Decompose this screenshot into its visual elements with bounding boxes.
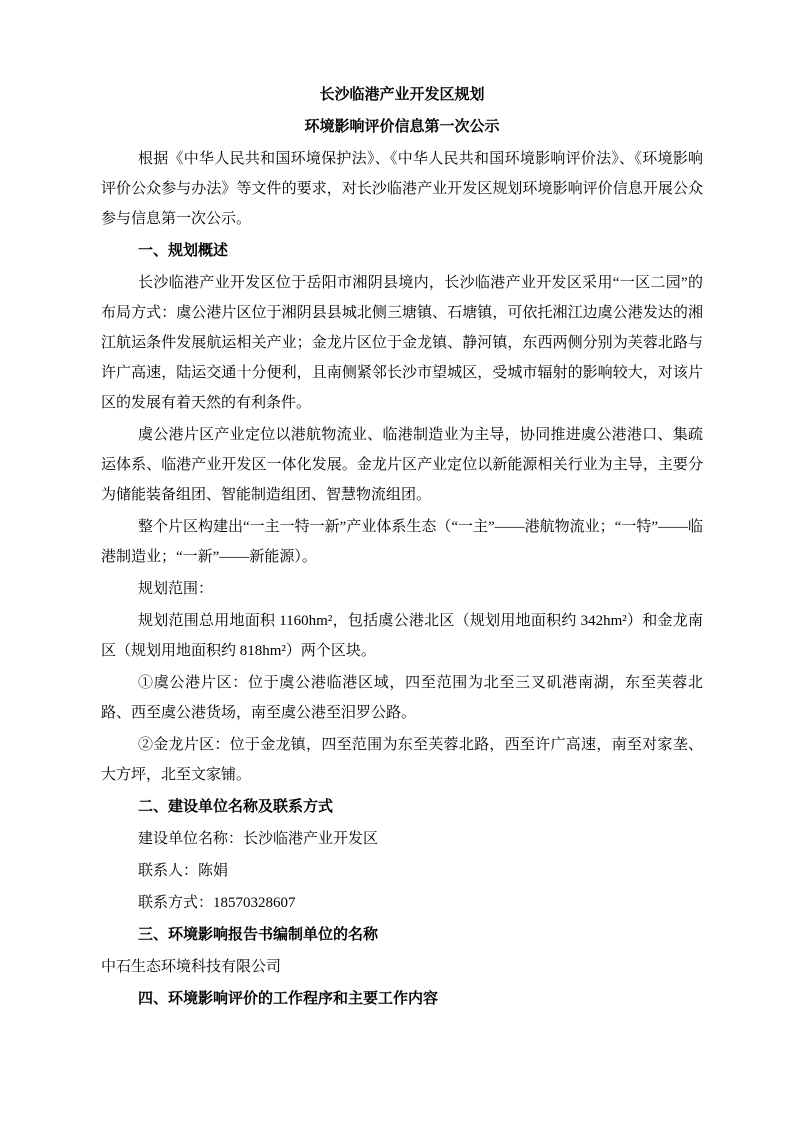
para-contact-person: 联系人：陈娟 bbox=[101, 856, 703, 886]
section4-heading: 四、环境影响评价的工作程序和主要工作内容 bbox=[101, 984, 703, 1014]
para-scope-area: 规划范围总用地面积 1160hm²，包括虞公港北区（规划用地面积约 342hm²… bbox=[101, 606, 703, 666]
intro-paragraph: 根据《中华人民共和国环境保护法》、《中华人民共和国环境影响评价法》、《环境影响评… bbox=[101, 144, 703, 234]
para-industry-system: 整个片区构建出“一主一特一新”产业体系生态（“一主”——港航物流业；“一特”——… bbox=[101, 512, 703, 572]
para-location-layout: 长沙临港产业开发区位于岳阳市湘阴县境内，长沙临港产业开发区采用“一区二园”的布局… bbox=[101, 268, 703, 418]
para-scope-label: 规划范围： bbox=[101, 574, 703, 604]
section3-heading: 三、环境影响报告书编制单位的名称 bbox=[101, 920, 703, 950]
section1-heading: 一、规划概述 bbox=[101, 236, 703, 266]
doc-title-line2: 环境影响评价信息第一次公示 bbox=[101, 112, 703, 142]
para-yugong-port-area: ①虞公港片区：位于虞公港临港区域，四至范围为北至三叉矶港南湖，东至芙蓉北路、西至… bbox=[101, 668, 703, 728]
para-industry-positioning: 虞公港片区产业定位以港航物流业、临港制造业为主导，协同推进虞公港港口、集疏运体系… bbox=[101, 420, 703, 510]
para-contact-phone: 联系方式：18570328607 bbox=[101, 888, 703, 918]
para-owner-name: 建设单位名称：长沙临港产业开发区 bbox=[101, 824, 703, 854]
doc-title-line1: 长沙临港产业开发区规划 bbox=[101, 80, 703, 110]
para-jinlong-area: ②金龙片区：位于金龙镇，四至范围为东至芙蓉北路，西至许广高速，南至对家垄、大方坪… bbox=[101, 730, 703, 790]
section2-heading: 二、建设单位名称及联系方式 bbox=[101, 792, 703, 822]
para-eia-company: 中石生态环境科技有限公司 bbox=[101, 952, 703, 982]
document-page: 长沙临港产业开发区规划 环境影响评价信息第一次公示 根据《中华人民共和国环境保护… bbox=[0, 0, 793, 1122]
